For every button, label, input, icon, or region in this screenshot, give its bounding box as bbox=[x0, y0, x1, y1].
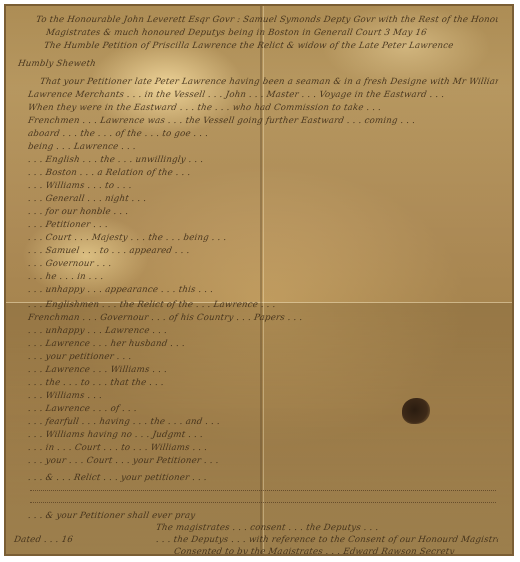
body-line: Frenchman . . . Governour . . . of his C… bbox=[27, 312, 499, 324]
body-line: . . . Williams . . . to . . . bbox=[27, 180, 499, 192]
body-line: . . . English . . . the . . . unwillingl… bbox=[27, 154, 499, 166]
body-line: . . . Court . . . Majesty . . . the . . … bbox=[27, 232, 499, 244]
body-line-closing: . . . & your Petitioner shall ever pray bbox=[27, 510, 499, 522]
body-line: . . . fearfull . . . having . . . the . … bbox=[27, 416, 499, 428]
body-line: aboard . . . the . . . of the . . . to g… bbox=[27, 128, 499, 140]
body-line: . . . Williams having no . . . Judgmt . … bbox=[27, 429, 499, 441]
body-line: . . . your petitioner . . . bbox=[27, 351, 499, 363]
body-line: . . . he . . . in . . . bbox=[27, 271, 499, 283]
body-line: That your Petitioner late Peter Lawrence… bbox=[39, 76, 499, 88]
body-line: . . . & . . . Relict . . . your petition… bbox=[27, 472, 499, 484]
body-line: . . . Lawrence . . . her husband . . . bbox=[27, 338, 499, 350]
body-line: . . . unhappy . . . appearance . . . thi… bbox=[27, 284, 499, 296]
body-line: . . . Generall . . . night . . . bbox=[27, 193, 499, 205]
endorsement-line: . . . the Deputys . . . with reference t… bbox=[155, 534, 499, 546]
endorsement-line: The magistrates . . . consent . . . the … bbox=[155, 522, 499, 534]
body-line: . . . Williams . . . bbox=[27, 390, 499, 402]
handwriting-strokes bbox=[30, 496, 496, 503]
ink-blot bbox=[402, 398, 430, 424]
body-line: . . . Governour . . . bbox=[27, 258, 499, 270]
body-line: Lawrence Merchants . . . in the Vessell … bbox=[27, 89, 499, 101]
handwriting-strokes bbox=[30, 484, 496, 491]
address-line: To the Honourable John Leverett Esqr Gov… bbox=[35, 14, 499, 26]
body-line: . . . Samuel . . . to . . . appeared . .… bbox=[27, 245, 499, 257]
margin-date-note: Dated . . . 16 bbox=[13, 534, 75, 546]
body-line: . . . for our honble . . . bbox=[27, 206, 499, 218]
body-line: . . . Lawrence . . . Williams . . . bbox=[27, 364, 499, 376]
body-line: being . . . Lawrence . . . bbox=[27, 141, 499, 153]
body-line: . . . the . . . to . . . that the . . . bbox=[27, 377, 499, 389]
body-line: . . . unhappy . . . Lawrence . . . bbox=[27, 325, 499, 337]
manuscript-page: To the Honourable John Leverett Esqr Gov… bbox=[4, 4, 514, 556]
body-line: Frenchmen . . . Lawrence was . . . the V… bbox=[27, 115, 499, 127]
body-line: . . . Englishmen . . . the Relict of the… bbox=[27, 299, 499, 311]
body-line: When they were in the Eastward . . . the… bbox=[27, 102, 499, 114]
body-line: . . . Boston . . . a Relation of the . .… bbox=[27, 167, 499, 179]
address-line: Magistrates & much honoured Deputys bein… bbox=[45, 27, 499, 39]
body-line: . . . in . . . Court . . . to . . . Will… bbox=[27, 442, 499, 454]
body-line: . . . your . . . Court . . . your Petiti… bbox=[27, 455, 499, 467]
address-line: The Humble Petition of Priscilla Lawrenc… bbox=[43, 40, 499, 52]
endorsement-signature: Consented to by the Magistrates . . . Ed… bbox=[173, 546, 499, 556]
salutation: Humbly Sheweth bbox=[17, 58, 499, 70]
body-line: . . . Petitioner . . . bbox=[27, 219, 499, 231]
